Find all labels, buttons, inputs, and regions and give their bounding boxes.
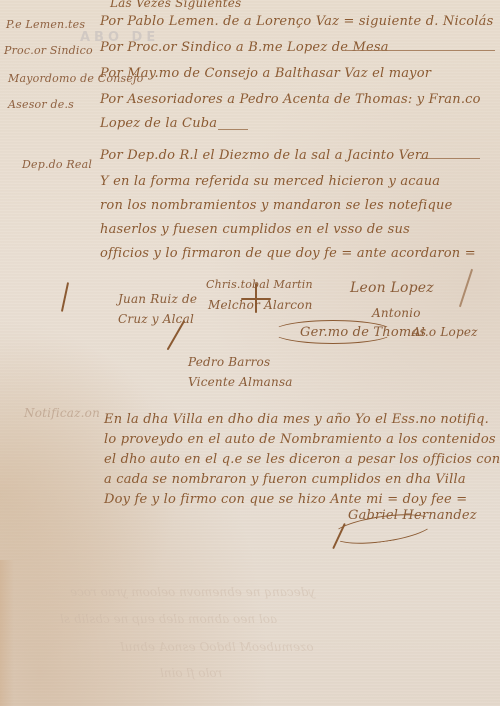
line-filler xyxy=(218,129,248,130)
entry-line-5: Lopez de la Cuba xyxy=(100,116,217,131)
dep-line-1: Por Dep.do R.l el Diezmo de la sal a Jac… xyxy=(100,148,429,163)
cross-mark xyxy=(241,298,271,300)
manuscript-page: ABO DE Las Vezes Siguientes P.e Lemen.te… xyxy=(0,0,500,706)
notif-line-5: Doy fe y lo firmo con que se hizo Ante m… xyxy=(104,492,467,507)
notif-line-2: lo proveydo en el auto de Nombramiento a… xyxy=(104,432,500,447)
signature-3: Leon Lopez xyxy=(350,280,434,296)
notif-line-4: a cada se nombraron y fueron cumplidos e… xyxy=(104,472,466,487)
signature-2-line2: Melchor Alarcon xyxy=(208,298,313,312)
signature-5-line2: Vicente Almansa xyxy=(188,375,293,389)
signature-3-line2: Antonio xyxy=(372,306,421,320)
entry-line-1: Por Pablo Lemen. de a Lorenço Vaz = sigu… xyxy=(100,14,494,29)
margin-slash-mark xyxy=(459,269,473,308)
bleed-through-text: ydecanq ne ebnemovn oeloom yrao roce xyxy=(70,585,315,599)
dep-line-3: ron los nombramientos y mandaron se les … xyxy=(100,198,453,213)
dep-line-5: officios y lo firmaron de que doy fe = a… xyxy=(100,246,476,261)
bleed-through-text: rolo fl oinl xyxy=(160,666,222,680)
line-filler xyxy=(420,158,480,159)
bleed-through-text: ozemubeoM lbdoO esnoA ebnuI xyxy=(120,640,314,654)
margin-note-1: P.e Lemen.tes xyxy=(6,18,85,31)
header-line: Las Vezes Siguientes xyxy=(110,0,241,10)
margin-note-notification: Notificaz.on xyxy=(24,406,100,420)
notif-line-1: En la dha Villa en dho dia mes y año Yo … xyxy=(104,412,489,427)
signature-5: Pedro Barros xyxy=(188,355,270,369)
line-filler xyxy=(345,50,495,51)
edge-stain xyxy=(0,560,14,706)
notary-rubric xyxy=(331,509,436,549)
entry-line-3: Por May.mo de Consejo a Balthasar Vaz el… xyxy=(100,66,431,81)
margin-slash-mark xyxy=(61,282,69,312)
margin-note-4: Asesor de.s xyxy=(8,98,74,111)
bleed-through-text: aol neo abnom aleb eup ne cbslib sl xyxy=(60,612,277,626)
margin-note-dep: Dep.do Real xyxy=(22,158,92,171)
signature-4-line2: Al.o Lopez xyxy=(412,325,478,339)
signature-2: Chris.tobal Martin xyxy=(206,278,313,291)
entry-line-2: Por Proc.or Sindico a B.me Lopez de Mesa xyxy=(100,40,389,55)
signature-1: Juan Ruiz de xyxy=(118,292,197,306)
entry-line-4: Por Asesoriadores a Pedro Acenta de Thom… xyxy=(100,92,481,107)
signature-flourish xyxy=(272,320,394,344)
dep-line-2: Y en la forma referida su merced hiciero… xyxy=(100,174,440,189)
notif-line-3: el dho auto en el q.e se les diceron a p… xyxy=(104,452,500,467)
dep-line-4: haserlos y fuesen cumplidos en el vsso d… xyxy=(100,222,410,237)
margin-note-2: Proc.or Sindico xyxy=(4,44,93,57)
